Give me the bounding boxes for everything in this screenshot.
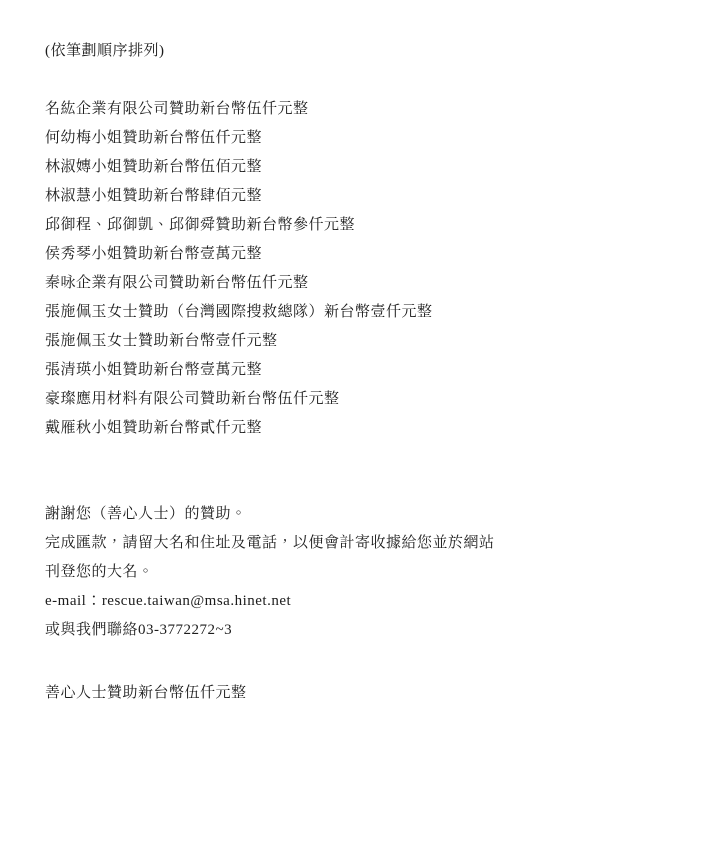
document-page: (依筆劃順序排列) 名紘企業有限公司贊助新台幣伍仟元整 何幼梅小姐贊助新台幣伍仟… [0,0,720,846]
sort-order-note: (依筆劃順序排列) [45,37,680,66]
spacer [45,645,680,679]
phone-contact-line: 或與我們聯絡03-3772272~3 [45,616,680,645]
email-line: e-mail：rescue.taiwan@msa.hinet.net [45,587,680,616]
donor-line: 林淑嫥小姐贊助新台幣伍佰元整 [45,153,680,182]
donor-line: 張施佩玉女士贊助新台幣壹仟元整 [45,327,680,356]
spacer [45,443,680,500]
spacer [45,66,680,95]
donor-line: 何幼梅小姐贊助新台幣伍仟元整 [45,124,680,153]
donor-line: 豪璨應用材料有限公司贊助新台幣伍仟元整 [45,385,680,414]
remittance-instruction-line2: 刊登您的大名。 [45,558,680,587]
donor-line: 林淑慧小姐贊助新台幣肆佰元整 [45,182,680,211]
thanks-line: 謝謝您（善心人士）的贊助。 [45,500,680,529]
donor-line: 邱御程、邱御凱、邱御舜贊助新台幣參仟元整 [45,211,680,240]
donor-line: 戴雁秋小姐贊助新台幣貳仟元整 [45,414,680,443]
donor-line: 張施佩玉女士贊助（台灣國際搜救總隊）新台幣壹仟元整 [45,298,680,327]
closing-donation-line: 善心人士贊助新台幣伍仟元整 [45,679,680,708]
remittance-instruction-line1: 完成匯款，請留大名和住址及電話，以便會計寄收據給您並於網站 [45,529,680,558]
donor-line: 張清瑛小姐贊助新台幣壹萬元整 [45,356,680,385]
donor-line: 秦咏企業有限公司贊助新台幣伍仟元整 [45,269,680,298]
donor-line: 名紘企業有限公司贊助新台幣伍仟元整 [45,95,680,124]
donor-line: 侯秀琴小姐贊助新台幣壹萬元整 [45,240,680,269]
document-body: (依筆劃順序排列) 名紘企業有限公司贊助新台幣伍仟元整 何幼梅小姐贊助新台幣伍仟… [0,0,720,708]
